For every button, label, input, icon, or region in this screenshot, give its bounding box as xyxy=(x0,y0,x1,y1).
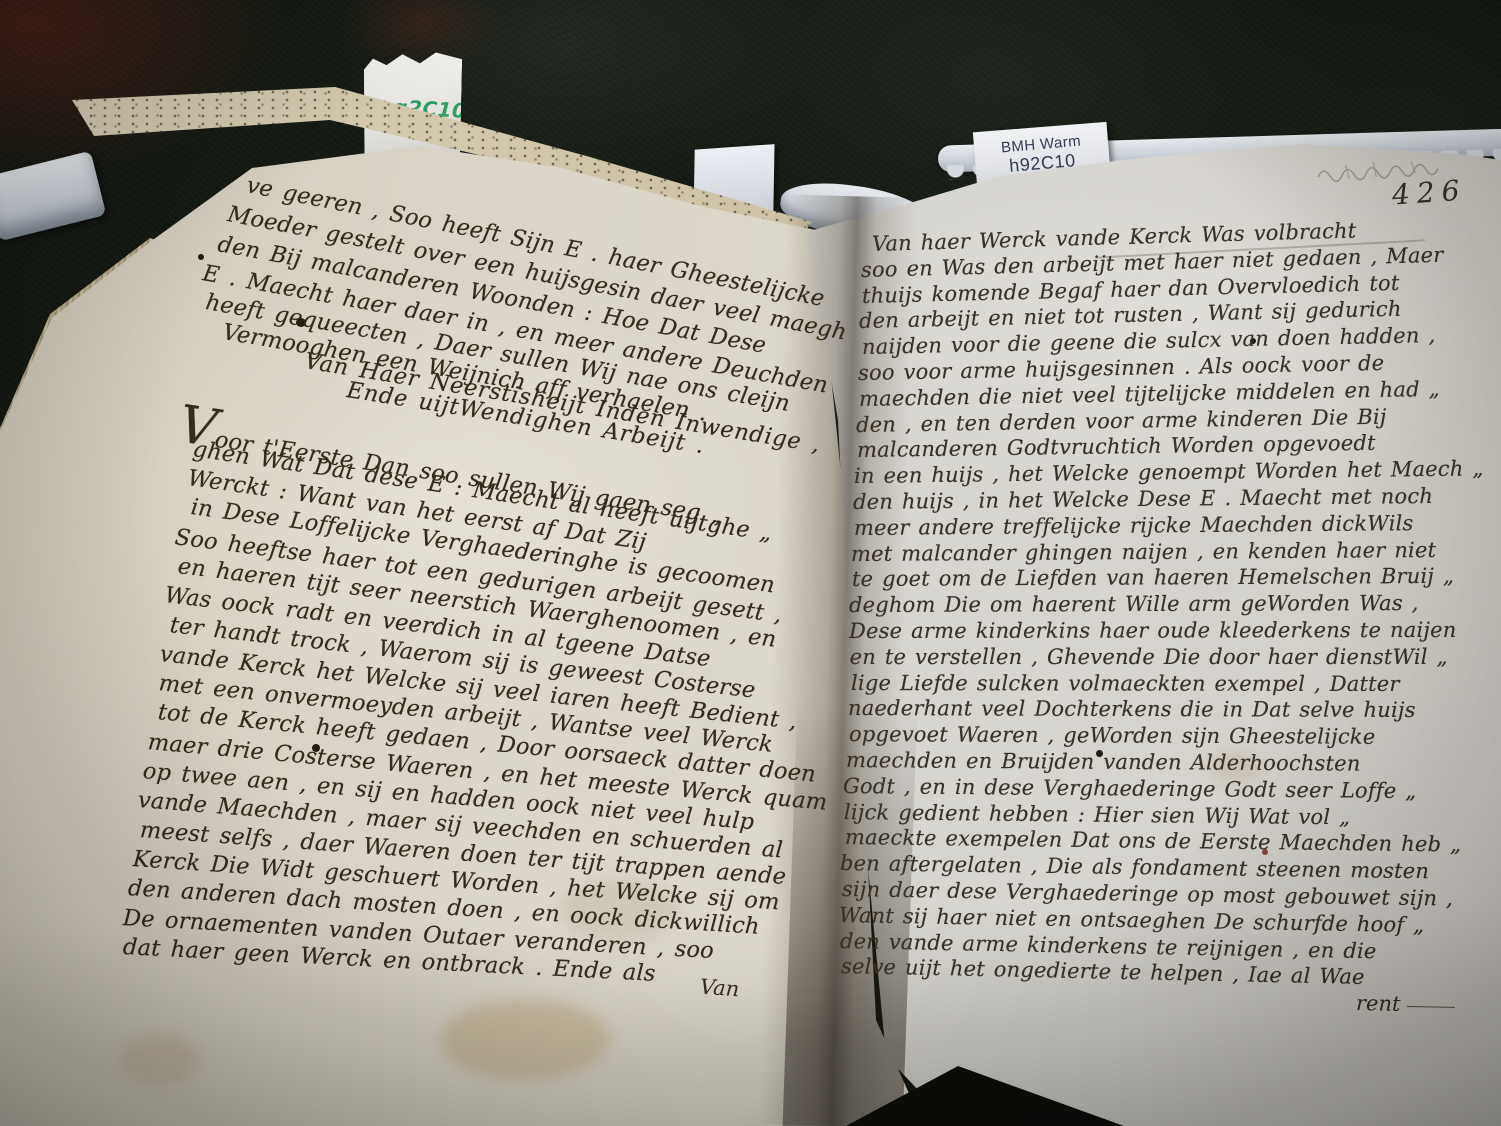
manuscript-line: meer andere treffelijcke rijcke Maechden… xyxy=(854,511,1414,540)
manuscript-line: te goet om de Liefden van haeren Hemelsc… xyxy=(852,564,1454,591)
catchword-right: rent xyxy=(1356,991,1456,1017)
manuscript-line: den huijs , in het Welcke Dese E . Maech… xyxy=(853,484,1433,514)
manuscript-line: lige Liefde sulcken volmaeckten exempel … xyxy=(851,671,1400,696)
manuscript-line: naederhant veel Dochterkens die in Dat s… xyxy=(848,696,1416,722)
manuscript-line: Godt , en in dese Verghaederinge Godt se… xyxy=(843,774,1417,803)
manuscript-line: lijck gedient hebben : Hier sien Wij Wat… xyxy=(844,800,1350,829)
margin-dot xyxy=(198,254,204,260)
manuscript-line: opgevoet Waeren , geWorden sijn Gheestel… xyxy=(849,722,1375,749)
paper-stain xyxy=(120,1035,200,1085)
page-number: 426 xyxy=(1391,173,1468,211)
manuscript-line: met malcander ghingen naijen , en kenden… xyxy=(851,538,1436,566)
manuscript-line: deghom Die om haerent Wille arm geWorden… xyxy=(849,591,1419,617)
manuscript-photo: hsg2C10 BMH Warm h92C10 426 ve geeren , … xyxy=(0,0,1501,1126)
manuscript-line: Dese arme kinderkins haer oude kleederke… xyxy=(848,618,1455,643)
manuscript-line: en te verstellen , Ghevende Die door hae… xyxy=(850,645,1448,669)
paper-stain xyxy=(440,1000,610,1080)
catchword-left: Van xyxy=(699,975,740,1002)
right-page-text: Van haer Werck vande Kerck Was volbracht… xyxy=(862,232,1501,992)
left-page-text: ve geeren , Soo heeft Sijn E . haer Ghee… xyxy=(205,172,865,1002)
manuscript-line: maechden en Bruijden vanden Alderhoochst… xyxy=(846,748,1361,776)
